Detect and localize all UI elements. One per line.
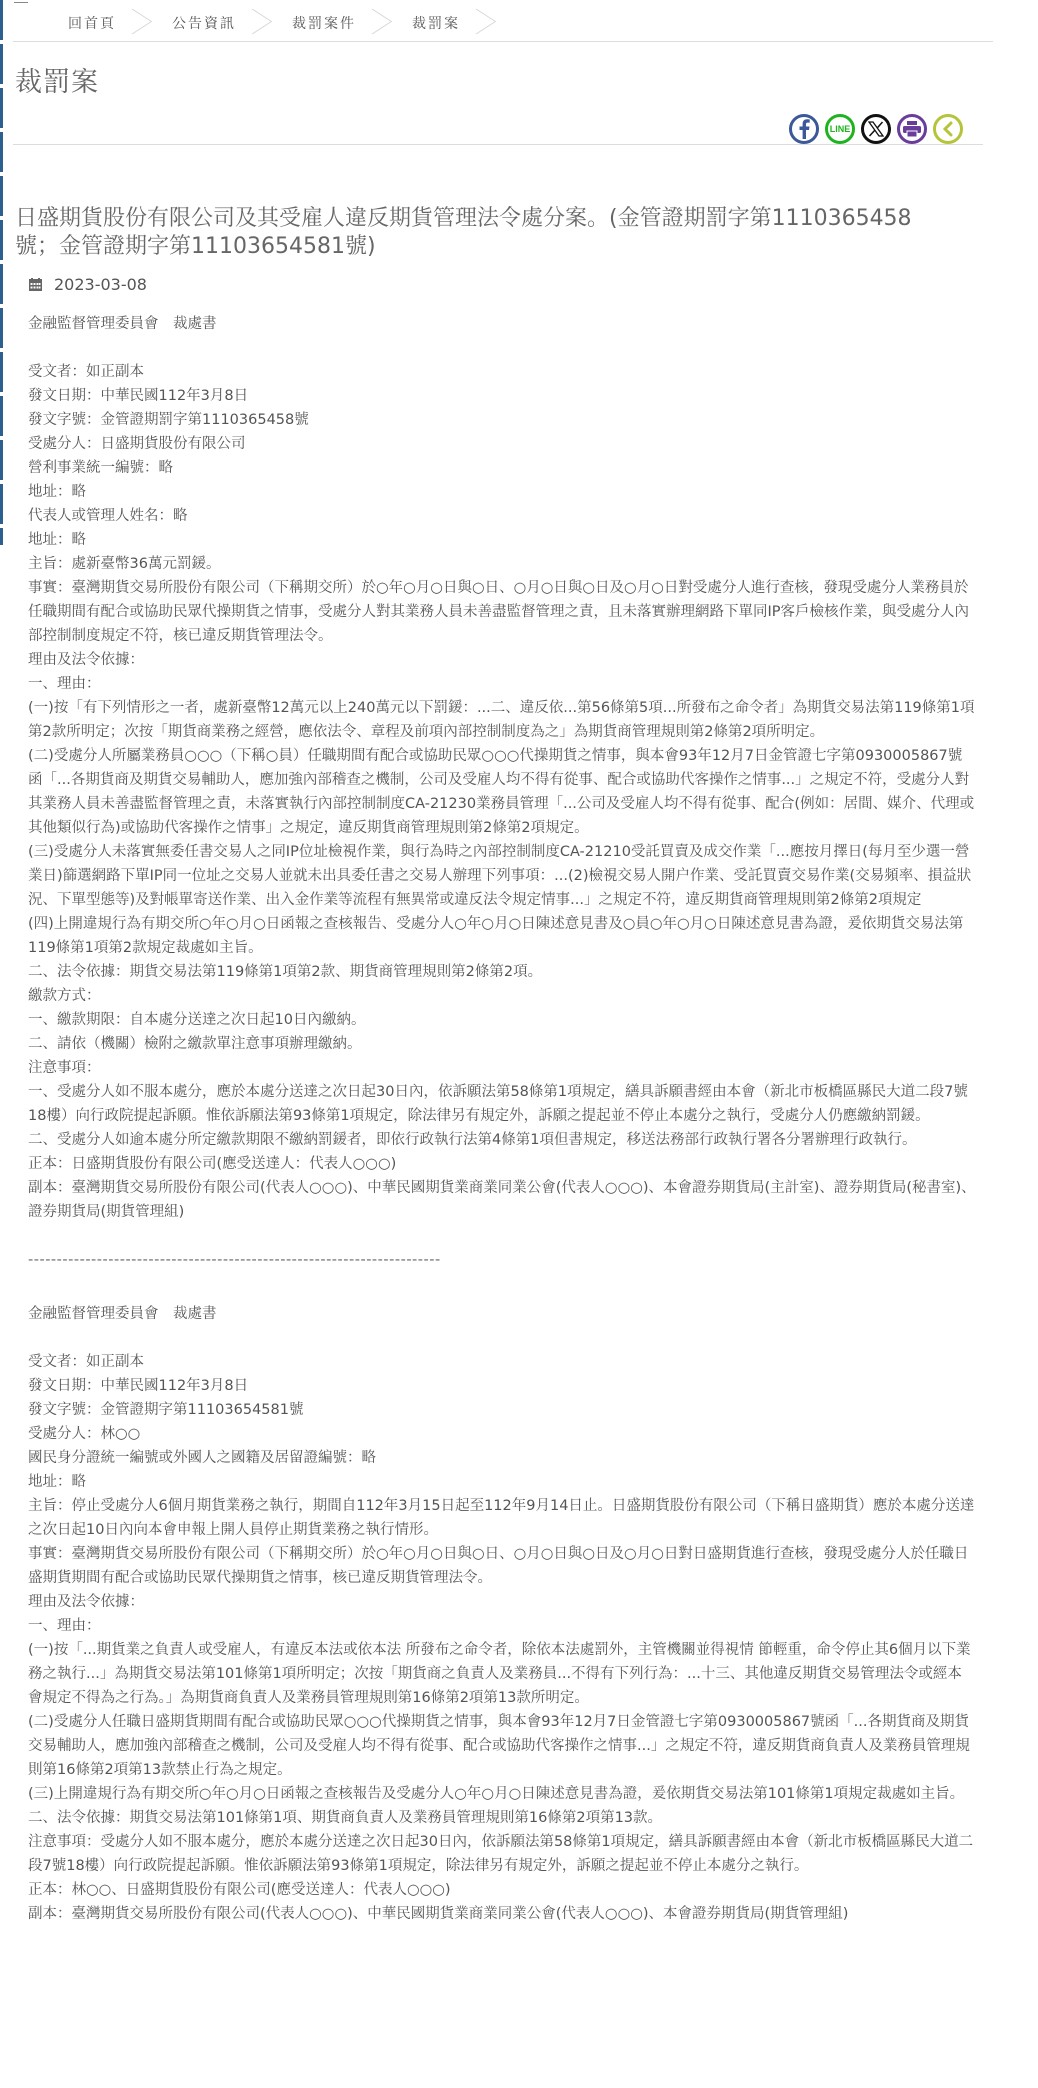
chevron-left-icon [942, 121, 954, 137]
x-icon [868, 121, 884, 137]
line-share-button[interactable]: LINE [825, 114, 855, 144]
document-line: 一、理由： [28, 1614, 976, 1638]
page-title: 裁罰案 [15, 60, 99, 99]
document-line: (三)受處分人未落實無委任書交易人之同IP位址檢視作業，與行為時之內部控制制度C… [28, 840, 976, 912]
document-line: 正本：日盛期貨股份有限公司(應受送達人：代表人○○○) [28, 1152, 976, 1176]
document-line: 注意事項： [28, 1056, 976, 1080]
document-line: 二、請依（機關）檢附之繳款單注意事項辦理繳納。 [28, 1032, 976, 1056]
breadcrumb-sanction[interactable]: 裁罰案 [412, 6, 494, 42]
document-line: 地址：略 [28, 1470, 976, 1494]
line-icon: LINE [830, 124, 851, 134]
document-line: 營利事業統一編號：略 [28, 456, 976, 480]
document-line: 國民身分證統一編號或外國人之國籍及居留證編號：略 [28, 1446, 976, 1470]
document-line: 主旨：停止受處分人6個月期貨業務之執行，期間自112年3月15日起至112年9月… [28, 1494, 976, 1542]
document-line: 注意事項：受處分人如不服本處分，應於本處分送達之次日起30日內，依訴願法第58條… [28, 1830, 976, 1878]
document-line: (一)按「有下列情形之一者，處新臺幣12萬元以上240萬元以下罰鍰：...二、違… [28, 696, 976, 744]
article-title: 日盛期貨股份有限公司及其受雇人違反期貨管理法令處分案。(金管證期罰字第11103… [15, 205, 945, 261]
document-header: 金融監督管理委員會 裁處書 [28, 312, 976, 336]
document-line: 受文者：如正副本 [28, 360, 976, 384]
document-separator: ----------------------------------------… [28, 1248, 976, 1272]
document-line: 正本：林○○、日盛期貨股份有限公司(應受送達人：代表人○○○) [28, 1878, 976, 1902]
facebook-icon [797, 119, 811, 139]
print-button[interactable] [897, 114, 927, 144]
document-header: 金融監督管理委員會 裁處書 [28, 1302, 976, 1326]
document-line: 發文日期：中華民國112年3月8日 [28, 1374, 976, 1398]
print-icon [903, 121, 921, 137]
document-line: 受文者：如正副本 [28, 1350, 976, 1374]
breadcrumb-sanction-cases[interactable]: 裁罰案件 [292, 6, 390, 42]
document-line: 代表人或管理人姓名：略 [28, 504, 976, 528]
share-toolbar: LINE [789, 114, 963, 144]
left-edge-rail [0, 0, 3, 545]
document-line: 一、繳款期限：自本處分送達之次日起10日內繳納。 [28, 1008, 976, 1032]
document-line: 發文日期：中華民國112年3月8日 [28, 384, 976, 408]
document-2-body: 受文者：如正副本發文日期：中華民國112年3月8日發文字號：金管證期字第1110… [28, 1350, 976, 1926]
breadcrumb: 回首頁 公告資訊 裁罰案件 裁罰案 [13, 6, 993, 42]
document-line: 地址：略 [28, 528, 976, 552]
document-line: (四)上開違規行為有期交所○年○月○日函報之查核報告、受處分人○年○月○日陳述意… [28, 912, 976, 960]
document-line: 一、理由： [28, 672, 976, 696]
document-line: 理由及法令依據： [28, 1590, 976, 1614]
document-line: (二)受處分人任職日盛期貨期間有配合或協助民眾○○○代操期貨之情事，與本會93年… [28, 1710, 976, 1782]
top-edge-fragment [14, 0, 28, 3]
document-line: 理由及法令依據： [28, 648, 976, 672]
publish-date: 2023-03-08 [29, 275, 147, 294]
document-line: 一、受處分人如不服本處分，應於本處分送達之次日起30日內，依訴願法第58條第1項… [28, 1080, 976, 1128]
x-share-button[interactable] [861, 114, 891, 144]
document-line: 二、受處分人如逾本處分所定繳款期限不繳納罰鍰者，即依行政執行法第4條第1項但書規… [28, 1128, 976, 1152]
document-line: 事實：臺灣期貨交易所股份有限公司（下稱期交所）於○年○月○日與○日、○月○日與○… [28, 1542, 976, 1590]
facebook-share-button[interactable] [789, 114, 819, 144]
document-line: 受處分人：林○○ [28, 1422, 976, 1446]
document-line: 繳款方式： [28, 984, 976, 1008]
breadcrumb-announcements[interactable]: 公告資訊 [172, 6, 270, 42]
calendar-icon [29, 278, 42, 291]
document-line: (一)按「...期貨業之負責人或受雇人，有違反本法或依本法 所發布之命令者，除依… [28, 1638, 976, 1710]
document-line: 事實：臺灣期貨交易所股份有限公司（下稱期交所）於○年○月○日與○日、○月○日與○… [28, 576, 976, 648]
document-line: 主旨：處新臺幣36萬元罰鍰。 [28, 552, 976, 576]
document-line: 發文字號：金管證期罰字第1110365458號 [28, 408, 976, 432]
share-more-button[interactable] [933, 114, 963, 144]
document-line: 發文字號：金管證期字第11103654581號 [28, 1398, 976, 1422]
document-1-body: 受文者：如正副本發文日期：中華民國112年3月8日發文字號：金管證期罰字第111… [28, 360, 976, 1224]
document-line: 副本：臺灣期貨交易所股份有限公司(代表人○○○)、中華民國期貨業商業同業公會(代… [28, 1902, 976, 1926]
document-line: 二、法令依據：期貨交易法第101條第1項、期貨商負責人及業務員管理規則第16條第… [28, 1806, 976, 1830]
document-line: (三)上開違規行為有期交所○年○月○日函報之查核報告及受處分人○年○月○日陳述意… [28, 1782, 976, 1806]
document-line: 副本：臺灣期貨交易所股份有限公司(代表人○○○)、中華民國期貨業商業同業公會(代… [28, 1176, 976, 1224]
breadcrumb-home[interactable]: 回首頁 [68, 6, 150, 42]
document-line: 二、法令依據：期貨交易法第119條第1項第2款、期貨商管理規則第2條第2項。 [28, 960, 976, 984]
document-line: 受處分人：日盛期貨股份有限公司 [28, 432, 976, 456]
title-divider [13, 144, 983, 145]
article-body: 金融監督管理委員會 裁處書 受文者：如正副本發文日期：中華民國112年3月8日發… [28, 312, 976, 1926]
date-text: 2023-03-08 [54, 275, 147, 294]
document-line: (二)受處分人所屬業務員○○○（下稱○員）任職期間有配合或協助民眾○○○代操期貨… [28, 744, 976, 840]
document-line: 地址：略 [28, 480, 976, 504]
